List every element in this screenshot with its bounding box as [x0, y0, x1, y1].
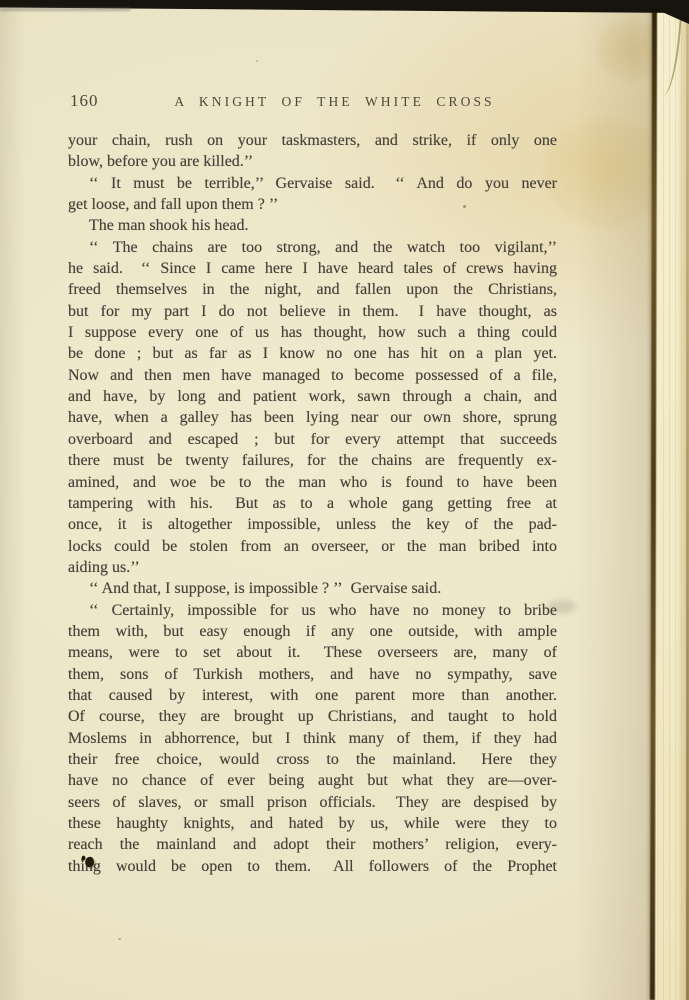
- text-line: their free choice, would cross to the ma…: [68, 749, 557, 770]
- text-line: that caused by interest, with one parent…: [68, 685, 557, 706]
- text-line: these haughty knights, and hated by us, …: [68, 813, 557, 834]
- paper-speck: [256, 60, 258, 62]
- text-line: ‘‘ It must be terrible,’’ Gervaise said.…: [68, 173, 557, 194]
- left-edge-shadow: [0, 0, 26, 1000]
- text-line: your chain, rush on your taskmasters, an…: [68, 130, 557, 151]
- text-line: I suppose every one of us has thought, h…: [68, 322, 557, 343]
- text-line: locks could be stolen from an overseer, …: [68, 536, 557, 557]
- page-text: your chain, rush on your taskmasters, an…: [68, 130, 557, 877]
- text-line: means, were to set about it. These overs…: [68, 642, 557, 663]
- text-line: The man shook his head.: [68, 215, 557, 236]
- text-line: there must be twenty failures, for the c…: [68, 450, 557, 471]
- text-line: ‘‘ The chains are too strong, and the wa…: [68, 237, 557, 258]
- text-line: Now and then men have managed to become …: [68, 365, 557, 386]
- text-line: be done ; but as far as I know no one ha…: [68, 343, 557, 364]
- scan-top-edge: [0, 0, 689, 13]
- text-line: amined, and woe be to the man who is fou…: [68, 472, 557, 493]
- text-line: Of course, they are brought up Christian…: [68, 706, 557, 727]
- text-line: them, sons of Turkish mothers, and have …: [68, 664, 557, 685]
- text-line: reach the mainland and adopt their mothe…: [68, 834, 557, 855]
- book-fore-edge: [657, 0, 689, 1000]
- text-line: he said. ‘‘ Since I came here I have hea…: [68, 258, 557, 279]
- text-line: have no chance of ever being aught but w…: [68, 770, 557, 791]
- text-line: Moslems in abhorrence, but I think many …: [68, 728, 557, 749]
- paper-speck: [118, 938, 121, 940]
- text-line: ‘‘ And that, I suppose, is impossible ? …: [68, 578, 557, 599]
- page-header: 160 A KNIGHT OF THE WHITE CROSS: [68, 91, 557, 115]
- text-line: them with, but easy enough if any one ou…: [68, 621, 557, 642]
- text-line: tampering with his. But as to a whole ga…: [68, 493, 557, 514]
- book-page-scan: 160 A KNIGHT OF THE WHITE CROSS your cha…: [0, 0, 689, 1000]
- text-line: blow, before you are killed.’’: [68, 151, 557, 172]
- text-line: get loose, and fall upon them ? ’’: [68, 194, 557, 215]
- text-line: have, when a galley has been lying near …: [68, 407, 557, 428]
- running-title: A KNIGHT OF THE WHITE CROSS: [90, 94, 579, 110]
- text-line: aiding us.’’: [68, 557, 557, 578]
- text-line: once, it is altogether impossible, unles…: [68, 514, 557, 535]
- scan-top-gray-line: [0, 8, 130, 11]
- text-line: overboard and escaped ; but for every at…: [68, 429, 557, 450]
- page-edge-line: [650, 0, 657, 1000]
- text-line: ‘‘ Certainly, impossible for us who have…: [68, 600, 557, 621]
- gutter-shadow: [575, 0, 653, 1000]
- text-line: thing would be open to them. All followe…: [68, 856, 557, 877]
- text-line: freed themselves in the night, and falle…: [68, 279, 557, 300]
- text-line: and have, by long and patient work, sawn…: [68, 386, 557, 407]
- text-line: seers of slaves, or small prison officia…: [68, 792, 557, 813]
- text-line: but for my part I do not believe in them…: [68, 301, 557, 322]
